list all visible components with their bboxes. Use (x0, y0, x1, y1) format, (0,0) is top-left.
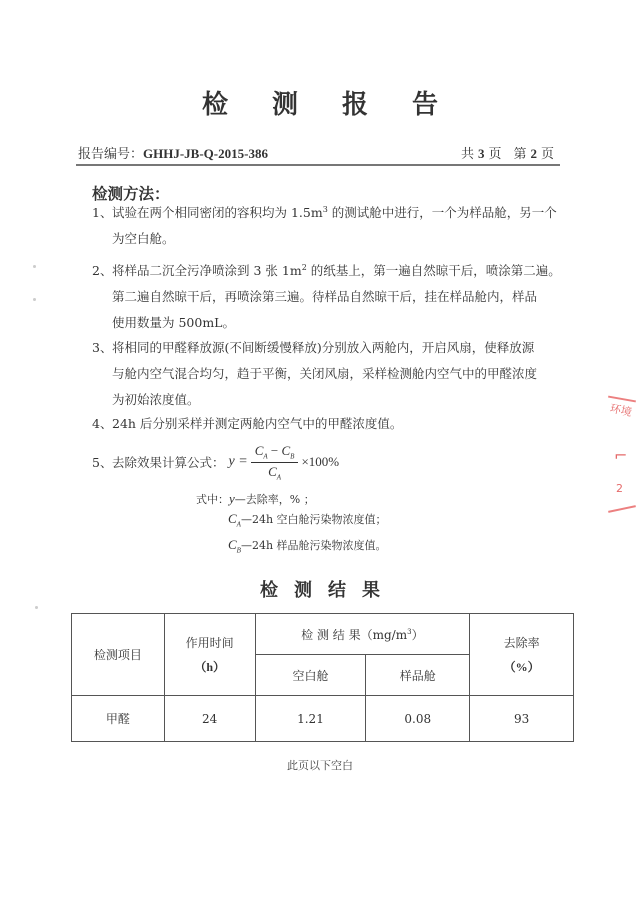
var-letter: C (228, 511, 237, 526)
cell-time: 24 (164, 696, 255, 742)
var-ca: C (268, 464, 277, 479)
table-row: 甲醛 24 1.21 0.08 93 (72, 696, 574, 742)
header-removal: 去除率 （%） (470, 614, 574, 696)
table-header-row: 检测项目 作用时间 （h） 检 测 结 果（mg/m3） 去除率 （%） (72, 614, 574, 655)
var-letter: C (228, 537, 237, 552)
scan-speck (33, 265, 36, 268)
method-item-4: 4、24h 后分别采样并测定两舱内空气中的甲醛浓度值。 (92, 411, 562, 437)
title-char: 检 (260, 576, 278, 602)
cell-item: 甲醛 (72, 696, 165, 742)
header-result-end: ） (412, 628, 424, 642)
header-divider (76, 164, 560, 166)
formula-numerator: CA − CB (251, 443, 299, 463)
header-blank-chamber: 空白舱 (255, 655, 366, 696)
var-cb: C (281, 443, 290, 458)
minus-op: − (268, 443, 282, 458)
page-current-suffix: 页 (541, 147, 554, 162)
formula-label: 去除效果计算公式： (112, 453, 225, 471)
header-time-label: 作用时间 (165, 631, 255, 655)
item-number: 3、 (92, 335, 112, 361)
title-char: 测 (272, 84, 298, 121)
item-number: 4、 (92, 411, 112, 437)
title-char: 果 (362, 576, 380, 602)
report-number: 报告编号：GHHJ-JB-Q-2015-386 (78, 143, 268, 162)
item-text-continued: 与舱内空气混合均匀，趋于平衡，关闭风扇，采样检测舱内空气中的甲醛浓度 (92, 361, 562, 387)
header-result-group: 检 测 结 果（mg/m3） (255, 614, 470, 655)
header-time: 作用时间 （h） (164, 614, 255, 696)
title-char: 测 (294, 576, 312, 602)
header-result-label: 检 测 结 果（mg/m (301, 628, 407, 642)
var-cb: CB (228, 537, 241, 552)
page-total-prefix: 共 (461, 147, 474, 162)
title-char: 告 (412, 84, 438, 121)
legend-desc: —24h 空白舱污染物浓度值； (241, 513, 387, 526)
formula-denominator: CA (268, 463, 281, 482)
page-total: 3 (478, 146, 485, 161)
item-number: 5、 (92, 453, 112, 471)
header-time-unit: （h） (165, 655, 255, 679)
item-text: 将样品二沉全污净喷涂到 3 张 1m (112, 263, 302, 278)
report-meta-row: 报告编号：GHHJ-JB-Q-2015-386 共3页第2页 (78, 143, 554, 162)
item-text: 的纸基上，第一遍自然晾干后，喷涂第二遍。 (307, 263, 561, 278)
page-info: 共3页第2页 (461, 143, 554, 162)
seal-arc (608, 505, 636, 513)
seal-text: 2 (616, 482, 623, 495)
report-number-value: GHHJ-JB-Q-2015-386 (143, 146, 268, 161)
item-number: 1、 (92, 200, 112, 226)
sub: A (277, 473, 281, 481)
title-char: 报 (342, 84, 368, 121)
seal-mark: ⌐ (614, 446, 627, 465)
blank-below-note: 此页以下空白 (0, 757, 640, 773)
report-number-label: 报告编号： (78, 147, 143, 162)
item-number: 2、 (92, 258, 112, 284)
header-sample-chamber: 样品舱 (366, 655, 470, 696)
item-text: 24h 后分别采样并测定两舱内空气中的甲醛浓度值。 (112, 416, 402, 431)
report-title: 检测报告 (0, 84, 640, 121)
item-text-continued: 第二遍自然晾干后，再喷涂第三遍。待样品自然晾干后，挂在样品舱内，样品 (92, 284, 562, 310)
legend-prefix: 式中： (196, 493, 229, 506)
item-text-continued: 使用数量为 500mL。 (92, 310, 562, 336)
method-item-5-formula: 5、 去除效果计算公式： y = CA − CB CA ×100% (92, 443, 339, 481)
results-title: 检测结果 (0, 576, 640, 602)
scan-speck (33, 298, 36, 301)
formula-tail: ×100% (301, 454, 339, 470)
scan-speck (35, 606, 38, 609)
cell-removal: 93 (470, 696, 574, 742)
legend-desc: —去除率，% ； (235, 493, 315, 506)
title-char: 检 (202, 84, 228, 121)
page-current-prefix: 第 (513, 147, 526, 162)
legend-desc: —24h 样品舱污染物浓度值。 (241, 539, 387, 552)
title-char: 结 (328, 576, 346, 602)
item-text-continued: 为初始浓度值。 (92, 387, 562, 413)
item-text: 的测试舱中进行，一个为样品舱，另一个 (328, 205, 557, 220)
cell-blank: 1.21 (255, 696, 366, 742)
method-item-3: 3、将相同的甲醛释放源(不间断缓慢释放)分别放入两舱内，开启风扇，使释放源 与舱… (92, 335, 562, 413)
sub: B (290, 453, 294, 461)
formula-lhs: y = (229, 454, 248, 470)
seal-stamp-partial: 环境 ⌐ 2 (604, 396, 640, 516)
header-removal-unit: （%） (470, 655, 573, 679)
header-item: 检测项目 (72, 614, 165, 696)
seal-text: 环境 (609, 400, 634, 420)
page-total-suffix: 页 (488, 147, 501, 162)
item-text: 试验在两个相同密闭的容积均为 1.5m (112, 205, 323, 220)
var-ca: CA (228, 511, 241, 526)
item-text-continued: 为空白舱。 (92, 226, 562, 252)
formula-fraction: CA − CB CA (251, 443, 299, 481)
item-text: 将相同的甲醛释放源(不间断缓慢释放)分别放入两舱内，开启风扇，使释放源 (112, 340, 534, 355)
method-item-1: 1、试验在两个相同密闭的容积均为 1.5m3 的测试舱中进行，一个为样品舱，另一… (92, 200, 562, 252)
formula-legend: 式中：y—去除率，% ； CA—24h 空白舱污染物浓度值； CB—24h 样品… (196, 489, 387, 560)
page-current: 2 (530, 146, 537, 161)
header-removal-label: 去除率 (470, 631, 573, 655)
results-table: 检测项目 作用时间 （h） 检 测 结 果（mg/m3） 去除率 （%） 空白舱… (71, 613, 574, 742)
method-item-2: 2、将样品二沉全污净喷涂到 3 张 1m2 的纸基上，第一遍自然晾干后，喷涂第二… (92, 258, 562, 336)
cell-sample: 0.08 (366, 696, 470, 742)
